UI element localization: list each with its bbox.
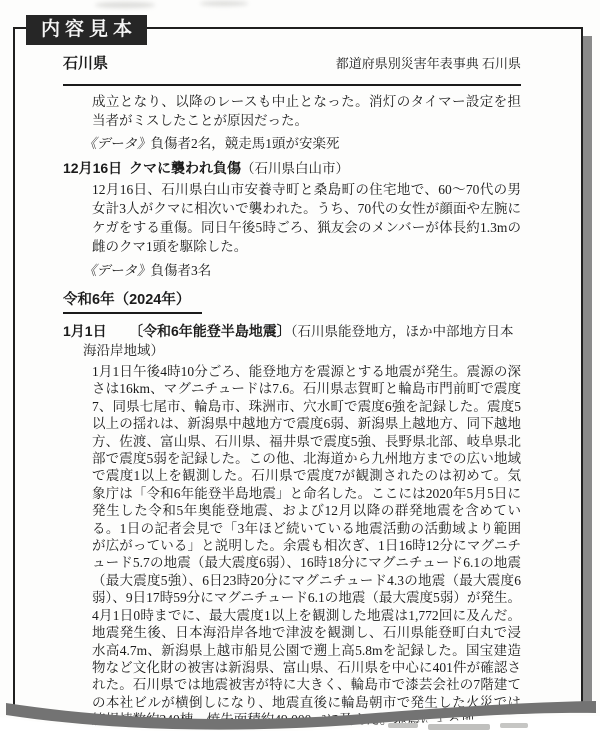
data-summary-line: 《データ》負傷者2名，競走馬1頭が安楽死 — [83, 134, 521, 153]
year-section-heading: 令和6年（2024年） — [63, 290, 521, 314]
scan-artifact — [200, 1, 248, 6]
year-label: 令和6年（2024年） — [63, 290, 202, 314]
paragraph-race-accident: 成立となり、以降のレースも中止となった。消灯のタイマー設定を担当者がミスしたこと… — [92, 92, 521, 130]
paragraph-bear-attack: 12月16日、石川県白山市安養寺町と桑島町の住宅地で、60～70代の男女計3人が… — [92, 180, 521, 256]
header-book-title: 都道府県別災害年表事典 石川県 — [336, 53, 521, 73]
header-prefecture: 石川県 — [63, 52, 108, 73]
event-title: クマに襲われ負傷 — [129, 160, 241, 176]
event-heading-bear-attack: 12月16日クマに襲われ負傷（石川県白山市） — [63, 159, 521, 178]
event-title: 〔令和6年能登半島地震〕 — [129, 323, 291, 339]
data-summary-line: 《データ》負傷者3名 — [83, 261, 521, 280]
data-value: 負傷者3名 — [151, 263, 212, 278]
page-body: 成立となり、以降のレースも中止となった。消灯のタイマー設定を担当者がミスしたこと… — [63, 92, 521, 729]
page-drop-shadow — [583, 36, 592, 704]
event-date: 12月16日 — [63, 159, 129, 178]
event-heading-noto-earthquake: 1月1日〔令和6年能登半島地震〕（石川県能登地方，ほか中部地方日本海沿岸地域） — [63, 322, 521, 360]
sample-label-badge: 内容見本 — [26, 15, 147, 45]
paragraph-noto-earthquake: 1月1日午後4時10分ごろ、能登地方を震源とする地震が発生。震源の深さは16km… — [92, 363, 521, 729]
scan-artifact — [95, 2, 155, 8]
data-label: 《データ》 — [83, 136, 151, 151]
scanned-sample-page: 内容見本 石川県 都道府県別災害年表事典 石川県 成立となり、以降のレースも中止… — [0, 0, 600, 731]
header-rule — [63, 84, 521, 86]
event-location: （石川県白山市） — [241, 161, 349, 176]
event-date: 1月1日 — [63, 322, 129, 341]
data-value: 負傷者2名，競走馬1頭が安楽死 — [151, 136, 340, 151]
data-label: 《データ》 — [83, 263, 151, 278]
page-header: 石川県 都道府県別災害年表事典 石川県 — [63, 52, 521, 73]
